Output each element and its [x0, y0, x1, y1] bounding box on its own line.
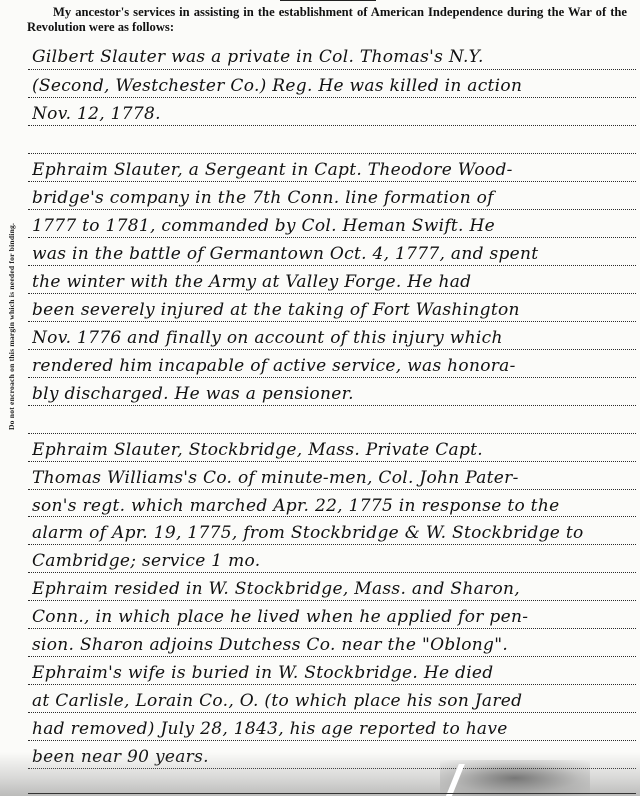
handwritten-line: (Second, Westchester Co.) Reg. He was ki…	[32, 76, 636, 96]
ruled-line	[28, 489, 636, 490]
handwritten-line: was in the battle of Germantown Oct. 4, …	[32, 244, 636, 264]
handwritten-line: Ephraim Slauter, Stockbridge, Mass. Priv…	[32, 440, 636, 460]
handwritten-line: Ephraim's wife is buried in W. Stockbrid…	[32, 663, 636, 683]
ruled-line	[28, 209, 636, 210]
ruled-line	[28, 516, 636, 517]
ruled-line	[28, 181, 636, 182]
handwritten-line: had removed) July 28, 1843, his age repo…	[32, 719, 636, 739]
handwritten-line: Gilbert Slauter was a private in Col. Th…	[32, 47, 636, 67]
ruled-line	[28, 656, 636, 657]
ruled-line	[28, 237, 636, 238]
ruled-line	[28, 684, 636, 685]
ruled-line	[28, 600, 636, 601]
handwritten-line: bridge's company in the 7th Conn. line f…	[32, 188, 636, 208]
ruled-line	[28, 97, 636, 98]
handwritten-line: Thomas Williams's Co. of minute-men, Col…	[32, 468, 636, 488]
handwritten-line: Conn., in which place he lived when he a…	[32, 607, 636, 627]
ruled-line	[28, 349, 636, 350]
ruled-line	[28, 544, 636, 545]
ruled-line	[28, 265, 636, 266]
ruled-line	[28, 628, 636, 629]
binding-margin-note: Do not encroach on this margin which is …	[7, 140, 16, 430]
ruled-line	[28, 69, 636, 70]
ruled-line-blank	[28, 153, 636, 154]
handwritten-line: Nov. 1776 and finally on account of this…	[32, 328, 636, 348]
ruled-line	[28, 293, 636, 294]
handwritten-line: son's regt. which marched Apr. 22, 1775 …	[32, 496, 636, 516]
handwritten-line: the winter with the Army at Valley Forge…	[32, 272, 636, 292]
ruled-line	[28, 125, 636, 126]
handwritten-line: Ephraim Slauter, a Sergeant in Capt. The…	[32, 160, 636, 180]
handwritten-line: bly discharged. He was a pensioner.	[32, 384, 636, 404]
ruled-line	[28, 740, 636, 741]
handwritten-line: Nov. 12, 1778.	[32, 104, 636, 124]
handwritten-line: Cambridge; service 1 mo.	[32, 551, 636, 571]
handwritten-line: 1777 to 1781, commanded by Col. Heman Sw…	[32, 216, 636, 236]
ruled-line	[28, 712, 636, 713]
handwritten-line: Ephraim resided in W. Stockbridge, Mass.…	[32, 579, 636, 599]
scanned-document-page: My ancestor's services in assisting in t…	[0, 0, 640, 796]
ruled-line	[28, 405, 636, 406]
handwritten-line: sion. Sharon adjoins Dutchess Co. near t…	[32, 635, 636, 655]
handwritten-line: alarm of Apr. 19, 1775, from Stockbridge…	[32, 523, 636, 543]
top-center-rule	[280, 0, 376, 1]
handwritten-line: been severely injured at the taking of F…	[32, 300, 636, 320]
ruled-line	[28, 461, 636, 462]
ruled-line-blank	[28, 433, 636, 434]
ruled-line	[28, 377, 636, 378]
bottom-rule	[28, 793, 636, 794]
form-header-text: My ancestor's services in assisting in t…	[27, 5, 627, 35]
ruled-line	[28, 321, 636, 322]
handwritten-line: rendered him incapable of active service…	[32, 356, 636, 376]
ruled-line	[28, 572, 636, 573]
handwritten-line: at Carlisle, Lorain Co., O. (to which pl…	[32, 691, 636, 711]
